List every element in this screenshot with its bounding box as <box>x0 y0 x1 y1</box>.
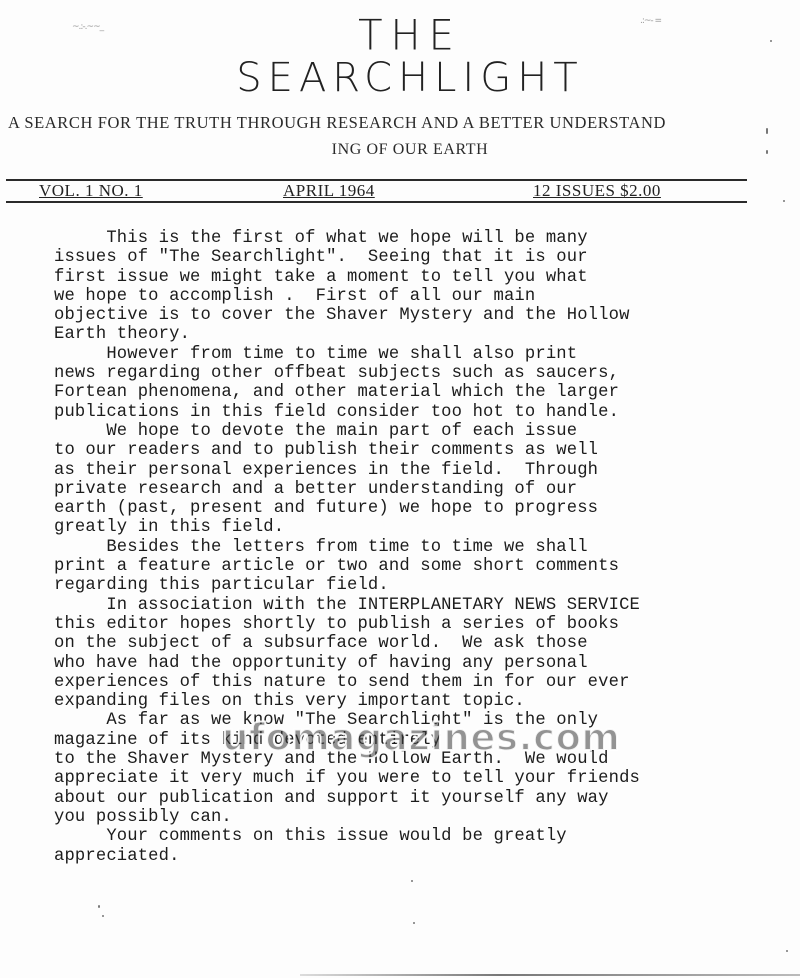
scan-speck <box>766 150 768 154</box>
body-line: Besides the letters from time to time we… <box>54 538 754 557</box>
scan-speck <box>766 128 768 134</box>
scan-speck <box>783 200 785 202</box>
body-line: publications in this field consider too … <box>54 403 754 422</box>
body-line: private research and a better understand… <box>54 480 754 499</box>
body-line: expanding files on this very important t… <box>54 692 754 711</box>
masthead-title: SEARCHLIGHT <box>0 58 800 98</box>
issue-bar-bottom-rule <box>6 201 747 203</box>
body-line: you possibly can. <box>54 808 754 827</box>
scan-speck <box>102 915 104 917</box>
body-line: greatly in this field. <box>54 518 754 537</box>
body-line: we hope to accomplish . First of all our… <box>54 287 754 306</box>
body-line: In association with the INTERPLANETARY N… <box>54 596 754 615</box>
scan-speck <box>413 922 415 924</box>
masthead-subtitle-line-1: A SEARCH FOR THE TRUTH THROUGH RESEARCH … <box>8 113 666 133</box>
body-line: who have had the opportunity of having a… <box>54 654 754 673</box>
scan-speck <box>411 880 413 882</box>
body-line: news regarding other offbeat subjects su… <box>54 364 754 383</box>
body-line: print a feature article or two and some … <box>54 557 754 576</box>
watermark: ufomagazines.com <box>222 716 620 759</box>
body-line: about our publication and support it you… <box>54 789 754 808</box>
editorial-body: This is the first of what we hope will b… <box>54 229 754 866</box>
body-line: Your comments on this issue would be gre… <box>54 827 754 846</box>
body-line: this editor hopes shortly to publish a s… <box>54 615 754 634</box>
scan-speck <box>770 40 772 42</box>
issue-info-bar: VOL. 1 NO. 1 APRIL 1964 12 ISSUES $2.00 <box>6 181 747 201</box>
body-line: as their personal experiences in the fie… <box>54 461 754 480</box>
body-line: This is the first of what we hope will b… <box>54 229 754 248</box>
page-bottom-edge <box>300 974 800 976</box>
body-line: first issue we might take a moment to te… <box>54 268 754 287</box>
scan-speck <box>786 950 788 952</box>
scan-speck <box>98 905 100 908</box>
body-line: regarding this particular field. <box>54 576 754 595</box>
body-line: objective is to cover the Shaver Mystery… <box>54 306 754 325</box>
masthead-title-the: THE <box>0 15 800 57</box>
body-line: experiences of this nature to send them … <box>54 673 754 692</box>
issue-date: APRIL 1964 <box>283 181 375 201</box>
body-line: appreciated. <box>54 847 754 866</box>
issue-volume: VOL. 1 NO. 1 <box>39 181 143 201</box>
body-line: Fortean phenomena, and other material wh… <box>54 383 754 402</box>
body-line: Earth theory. <box>54 325 754 344</box>
body-line: on the subject of a subsurface world. We… <box>54 634 754 653</box>
body-line: appreciate it very much if you were to t… <box>54 769 754 788</box>
body-line: earth (past, present and future) we hope… <box>54 499 754 518</box>
body-line: to our readers and to publish their comm… <box>54 441 754 460</box>
document-page: ~.:-.~~_ .:~- = THE SEARCHLIGHT A SEARCH… <box>0 0 800 978</box>
body-line: issues of "The Searchlight". Seeing that… <box>54 248 754 267</box>
body-line: We hope to devote the main part of each … <box>54 422 754 441</box>
masthead-subtitle-line-2: ING OF OUR EARTH <box>0 141 800 159</box>
issue-price: 12 ISSUES $2.00 <box>533 181 661 201</box>
body-line: However from time to time we shall also … <box>54 345 754 364</box>
